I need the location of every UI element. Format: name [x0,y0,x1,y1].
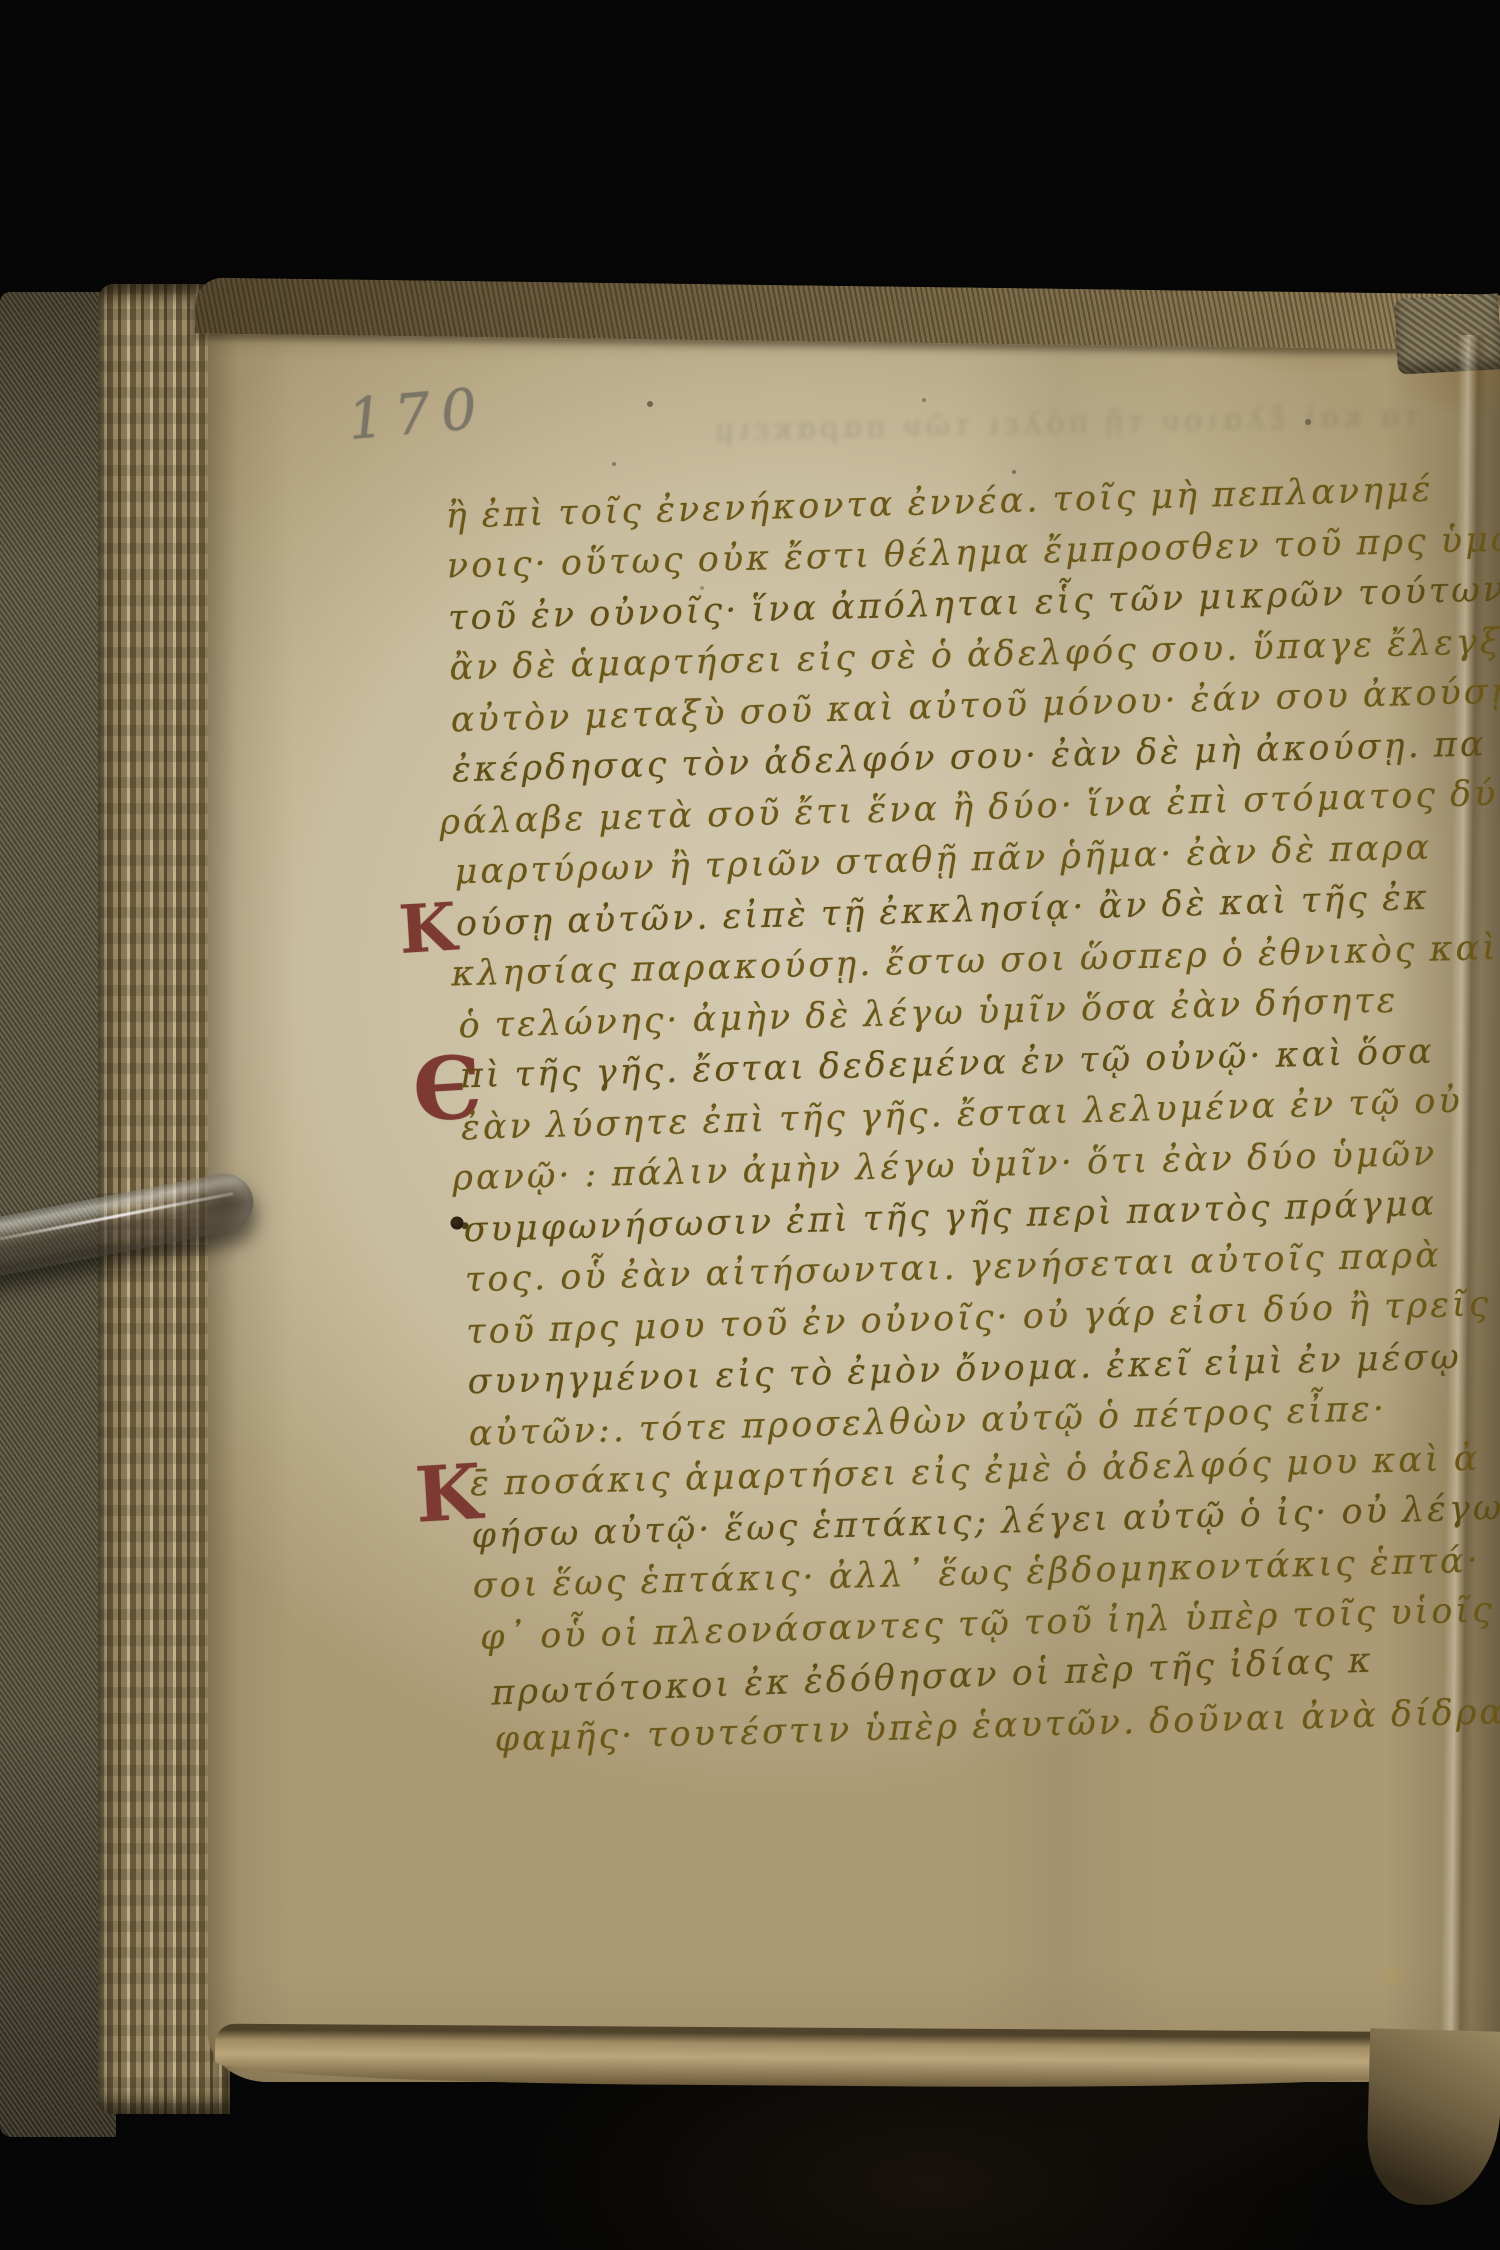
manuscript-photograph: 170 τα καὶ ἔλαιον τῇ πόλει τῶν παρακειμ … [0,0,1500,2250]
folio-number: 170 [345,376,490,453]
bottom-right-page-curl [1366,2028,1500,2206]
glass-rod-page-holder [0,1195,280,1325]
ink-specks [0,0,4,4]
text-block: Κ Є Κ ἢ ἐπὶ τοῖς ἐνενήκοντα ἐννέα. τοῖς … [388,465,1500,1782]
